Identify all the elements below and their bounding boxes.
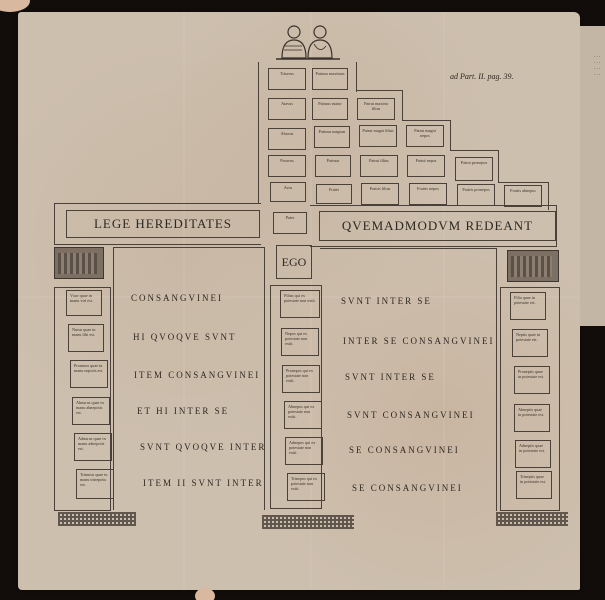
phrase-left: ET HI INTER SE xyxy=(137,406,229,416)
ancestor-box: Pater xyxy=(273,212,307,234)
adjacent-page-edge: . . .. . .. . .. . . xyxy=(580,26,605,326)
footer-ornament xyxy=(58,512,136,526)
relative-box: Abneptis quae in potestate est. xyxy=(514,404,550,432)
kin-box: Patrui nepos xyxy=(407,155,445,177)
kin-box: Patrui maximi filius xyxy=(357,98,395,120)
kin-box: Patrui pronepos xyxy=(455,157,493,181)
relative-box: Nepos qui ex potestate non exiit. xyxy=(281,328,319,356)
footer-ornament xyxy=(496,512,568,526)
kin-box: Fratris abnepos xyxy=(504,185,542,207)
relative-box: Adneptis quae in potestate est. xyxy=(515,440,551,468)
phrase-left: ITEM CONSANGVINEI xyxy=(134,370,260,380)
relative-box: Trinepos qui ex potestate non exiit. xyxy=(287,473,325,501)
relative-box: Nurus quae in manu filii est. xyxy=(68,324,104,352)
ancestor-box: Avus xyxy=(270,182,306,202)
phrase-right: INTER SE CONSANGVINEI xyxy=(343,336,495,346)
kin-box: Fratris pronepos xyxy=(457,184,495,206)
page-reference: ad Part. II. pag. 39. xyxy=(450,72,514,81)
banner-right: QVEMADMODVM REDEANT xyxy=(319,211,556,241)
frame-line xyxy=(402,120,450,121)
relative-box: Abnurus quae in manu abnepotis est. xyxy=(72,397,110,425)
frame-line xyxy=(356,62,357,92)
kin-box: Frater xyxy=(316,184,352,204)
relative-box: Adnurus quae in manu adnepotis est. xyxy=(74,433,112,461)
ego-box: EGO xyxy=(276,245,312,279)
kin-box: Patrui magni nepos xyxy=(406,125,444,147)
frame-line xyxy=(258,62,259,204)
ancestor-box: Abavus xyxy=(268,128,306,150)
kin-box: Patrui magni filius xyxy=(359,125,397,147)
kin-box: Patruus xyxy=(315,155,351,177)
relative-box: Neptis quae in potestate est. xyxy=(512,329,548,357)
finger xyxy=(195,588,215,600)
banner-left: LEGE HEREDITATES xyxy=(66,210,260,238)
phrase-right: SVNT INTER SE xyxy=(341,296,432,306)
relative-box: Abnepos qui ex potestate non exiit. xyxy=(284,401,322,429)
relative-box: Trineptis quae in potestate est. xyxy=(516,471,552,499)
finger xyxy=(0,0,30,12)
ancestor-box: Atavus xyxy=(268,98,306,120)
kin-box: Patruus maximus xyxy=(312,68,348,90)
frame-line xyxy=(450,150,498,151)
frame-line xyxy=(402,90,403,120)
kin-box: Patruus magnus xyxy=(314,126,350,148)
column-capital-ornament xyxy=(507,250,559,282)
relative-box: Proneptis quae in potestate est. xyxy=(514,366,550,394)
relative-box: Filius qui ex potestate non exiit. xyxy=(280,290,320,318)
phrase-left: CONSANGVINEI xyxy=(131,293,223,303)
frame-line xyxy=(498,150,499,182)
phrase-right: SVNT CONSANGVINEI xyxy=(347,410,475,420)
phrase-left: ITEM II SVNT INTER xyxy=(143,478,264,488)
frame-line xyxy=(450,120,451,150)
ancestor-box: Proavus xyxy=(268,155,306,177)
kin-box: Fratris nepos xyxy=(409,183,447,205)
phrase-right: SVNT INTER SE xyxy=(345,372,436,382)
frame-line xyxy=(498,182,548,183)
ancestor-box: Tritavus xyxy=(268,68,306,90)
phrase-right: SE CONSANGVINEI xyxy=(352,483,463,493)
busts-icon xyxy=(270,24,346,62)
column-capital-ornament xyxy=(54,247,104,279)
relative-box: Pronepos qui ex potestate non exiit. xyxy=(282,365,320,393)
footer-ornament xyxy=(262,515,354,529)
kin-box: Patruus maior xyxy=(312,98,348,120)
frame-line xyxy=(356,90,402,91)
relative-box: Adnepos qui ex potestate non exiit. xyxy=(285,437,323,465)
phrase-right: SE CONSANGVINEI xyxy=(349,445,460,455)
kin-box: Patrui filius xyxy=(360,155,398,177)
relative-box: Vxor quae in manu viri est. xyxy=(66,290,102,316)
relative-box: Pronurus quae in manu nepotis est. xyxy=(70,360,108,388)
bust-illustration xyxy=(270,24,346,62)
relative-box: Trinurus quae in manu trinepotis est. xyxy=(76,469,114,499)
phrase-left: SVNT QVOQVE INTER xyxy=(140,442,266,452)
phrase-left: HI QVOQVE SVNT xyxy=(133,332,237,342)
relative-box: Filia quae in potestate est. xyxy=(510,292,546,320)
kin-box: Fratris filius xyxy=(361,183,399,205)
